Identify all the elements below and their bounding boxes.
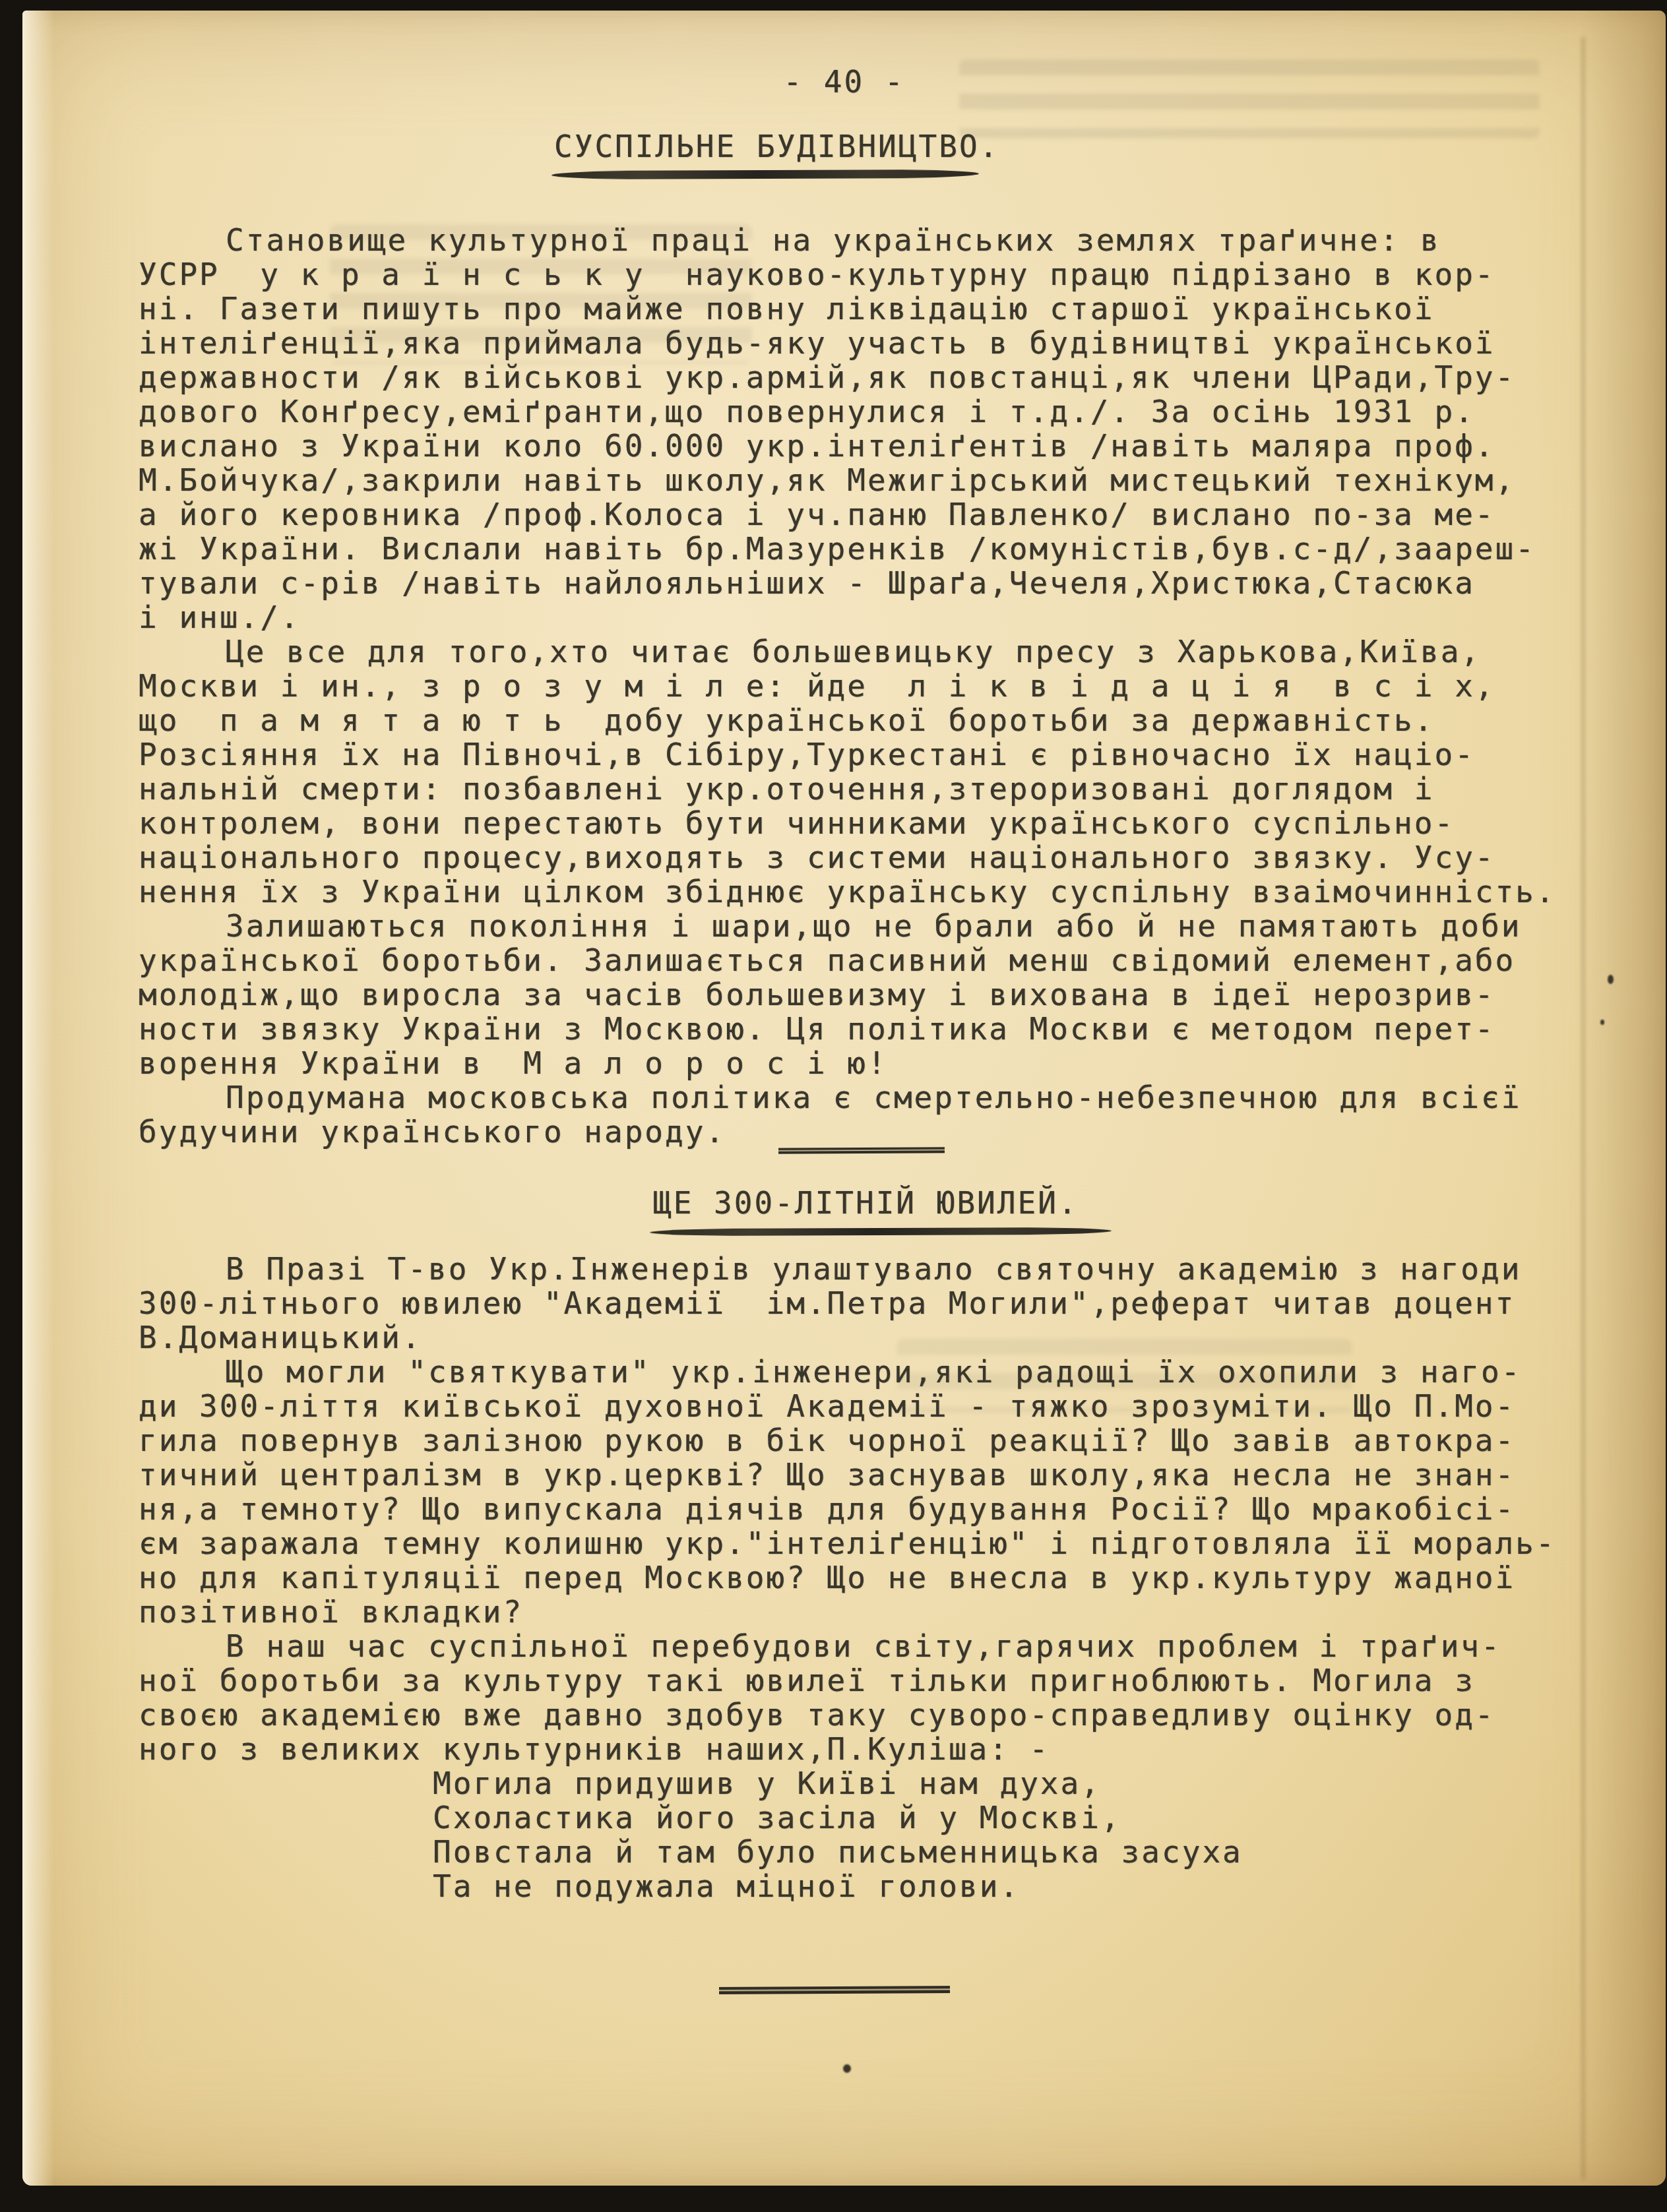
- ink-speck: [1600, 1020, 1604, 1025]
- scanned-document-page: - 40 - СУСПІЛЬНЕ БУДІВНИЦТВО. Становище …: [0, 0, 1667, 2212]
- section-heading-300-litnii-iuvylei: ЩЕ 300-ЛІТНІЙ ЮВИЛЕЙ.: [653, 1186, 1079, 1220]
- paragraph: Це все для того,хто читає большевицьку п…: [139, 634, 1656, 909]
- paragraph: Що могли "святкувати" укр.інженери,які р…: [139, 1355, 1656, 1629]
- section-1-body: Становище культурної праці на українськи…: [139, 223, 1656, 1149]
- paragraph: В Празі Т-во Укр.Інженерів улаштувало св…: [139, 1252, 1656, 1355]
- ink-speck: [843, 2064, 851, 2073]
- page-paper: - 40 - СУСПІЛЬНЕ БУДІВНИЦТВО. Становище …: [22, 11, 1666, 2186]
- heading-underline: [551, 169, 979, 179]
- heading-underline: [650, 1227, 1112, 1236]
- paragraph: Залишаються покоління і шари,що не брали…: [139, 909, 1656, 1080]
- verse-quotation: Могила придушив у Київі нам духа, Схолас…: [433, 1766, 1656, 1903]
- paragraph: Становище культурної праці на українськи…: [139, 223, 1656, 634]
- paragraph: В наш час суспільної перебудови світу,га…: [139, 1629, 1656, 1766]
- end-divider: [719, 1986, 950, 1994]
- ink-speck: [1608, 975, 1614, 984]
- page-fold-crease: [1582, 37, 1585, 2179]
- section-2-body: В Празі Т-во Укр.Інженерів улаштувало св…: [139, 1252, 1656, 1903]
- section-divider: [778, 1147, 945, 1153]
- page-number: - 40 -: [22, 65, 1666, 99]
- section-heading-suspilne-budivnytstvo: СУСПІЛЬНЕ БУДІВНИЦТВО.: [554, 129, 999, 164]
- paragraph: Продумана московська політика є смертель…: [139, 1080, 1656, 1149]
